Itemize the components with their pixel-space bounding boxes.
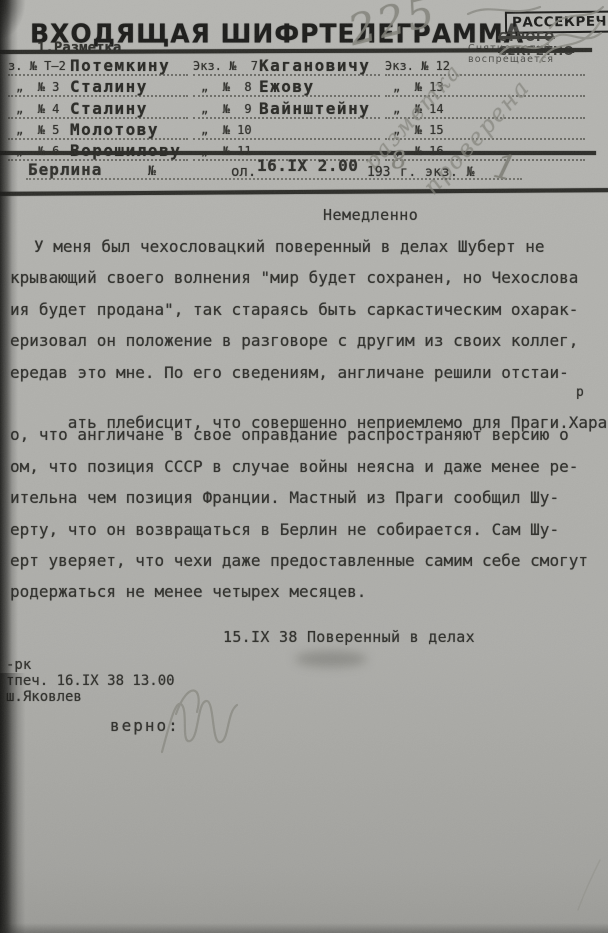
distribution-row: „ № 6 Ворошилову xyxy=(8,140,188,161)
recipient-name: Сталину xyxy=(70,99,148,118)
copy-row-label: Экз. № 7 xyxy=(193,59,258,73)
distribution-row: Экз. № 7 Кагановичу xyxy=(193,55,380,76)
copy-row-label: „ № 6 xyxy=(16,144,59,158)
pencil-scratch xyxy=(578,860,600,910)
copy-row-label: „ № 10 xyxy=(201,123,252,137)
priority-note: Немедленно xyxy=(323,206,418,224)
body-line: о, что англичане в свое оправдание распр… xyxy=(10,425,602,456)
origin-copy-label: г. экз. № xyxy=(400,165,475,180)
recipient-name: Вайнштейну xyxy=(259,99,370,118)
body-line: родержаться не менее четырех месяцев. xyxy=(10,582,602,613)
distribution-row: „ № 4 Сталину xyxy=(8,97,188,118)
distribution-row: „ № 5 Молотову xyxy=(8,119,188,140)
origin-city: Берлина xyxy=(28,160,102,179)
body-line: крывающий своего волнения "мир будет сох… xyxy=(10,268,602,299)
body-line: ерт уверяет, что чехи даже предоставленн… xyxy=(10,551,602,582)
copy-row-label: „ № 5 xyxy=(16,123,59,137)
body-line: ительна чем позиция Франции. Мастный из … xyxy=(10,488,602,519)
binding-shadow-bottom xyxy=(0,673,34,933)
recipient-name: Ежову xyxy=(259,77,315,96)
body-line: ом, что позиция СССР в случае войны неяс… xyxy=(10,457,602,488)
recipient-name: Сталину xyxy=(70,77,148,96)
recipient-name: Потемкину xyxy=(70,56,170,75)
typed-superscript-correction: р xyxy=(576,385,584,400)
distribution-row: „ № 10 xyxy=(193,119,380,140)
ink-smudge xyxy=(295,651,367,667)
body-line: У меня был чехословацкий поверенный в де… xyxy=(10,237,602,268)
recipient-name: Молотову xyxy=(70,120,159,139)
origin-datetime: 16.IX 2.00 xyxy=(257,156,358,175)
distribution-row: з. № Т—2 Потемкину xyxy=(8,55,188,76)
copy-row-label: „ № 8 xyxy=(201,80,252,94)
origin-bottom-rule xyxy=(0,188,608,196)
origin-col-label: ол. xyxy=(231,164,256,180)
recipient-name: Ворошилову xyxy=(70,141,181,160)
distribution-row: „ № 9 Вайнштейну xyxy=(193,97,380,118)
copy-row-label: „ № 9 xyxy=(201,102,252,116)
copy-row-label: „ № 3 xyxy=(16,80,59,94)
body-line: ередав это мне. По его сведениям, англич… xyxy=(10,363,602,394)
bottom-edge-shadow xyxy=(0,923,608,933)
distribution-column-1: з. № Т—2 Потемкину „ № 3 Сталину „ № 4 С… xyxy=(8,55,188,161)
recipient-name: Кагановичу xyxy=(259,56,370,75)
copy-row-label: „ № 11 xyxy=(201,144,252,158)
body-line: ерту, что он возвращаться в Берлин не со… xyxy=(10,520,602,551)
signoff-line: 15.IX 38 Поверенный в делах xyxy=(223,628,475,646)
corner-shadow xyxy=(0,0,26,40)
telegram-document-page: ВХОДЯЩАЯ ШИФРТЕЛЕГРАММА 1.Разметка 225 Р… xyxy=(0,0,608,933)
body-line: еризовал он положение в разговоре с друг… xyxy=(10,331,602,362)
copy-row-label: „ № 4 xyxy=(16,102,59,116)
distribution-row: „ № 3 Сталину xyxy=(8,76,188,97)
distribution-row: „ № 13 xyxy=(385,76,585,97)
signature-scribble xyxy=(176,690,199,714)
body-line: ия будет продана", так стараясь быть сар… xyxy=(10,300,602,331)
markup-subtitle: 1.Разметка xyxy=(37,40,121,56)
message-body: У меня был чехословацкий поверенный в де… xyxy=(10,237,602,614)
handwritten-year-digit: 8 xyxy=(390,145,408,174)
distribution-row: Экз. № 12 xyxy=(385,55,585,76)
origin-number-label: № xyxy=(148,164,156,179)
distribution-row: „ № 8 Ежову xyxy=(193,76,380,97)
distribution-column-2: Экз. № 7 Кагановичу „ № 8 Ежову „ № 9 Ва… xyxy=(193,55,380,161)
body-line: ать плебисцит, что совершенно неприемлем… xyxy=(10,394,602,425)
certified-label: верно: xyxy=(110,716,180,735)
origin-year-prefix: 193 xyxy=(367,165,390,180)
